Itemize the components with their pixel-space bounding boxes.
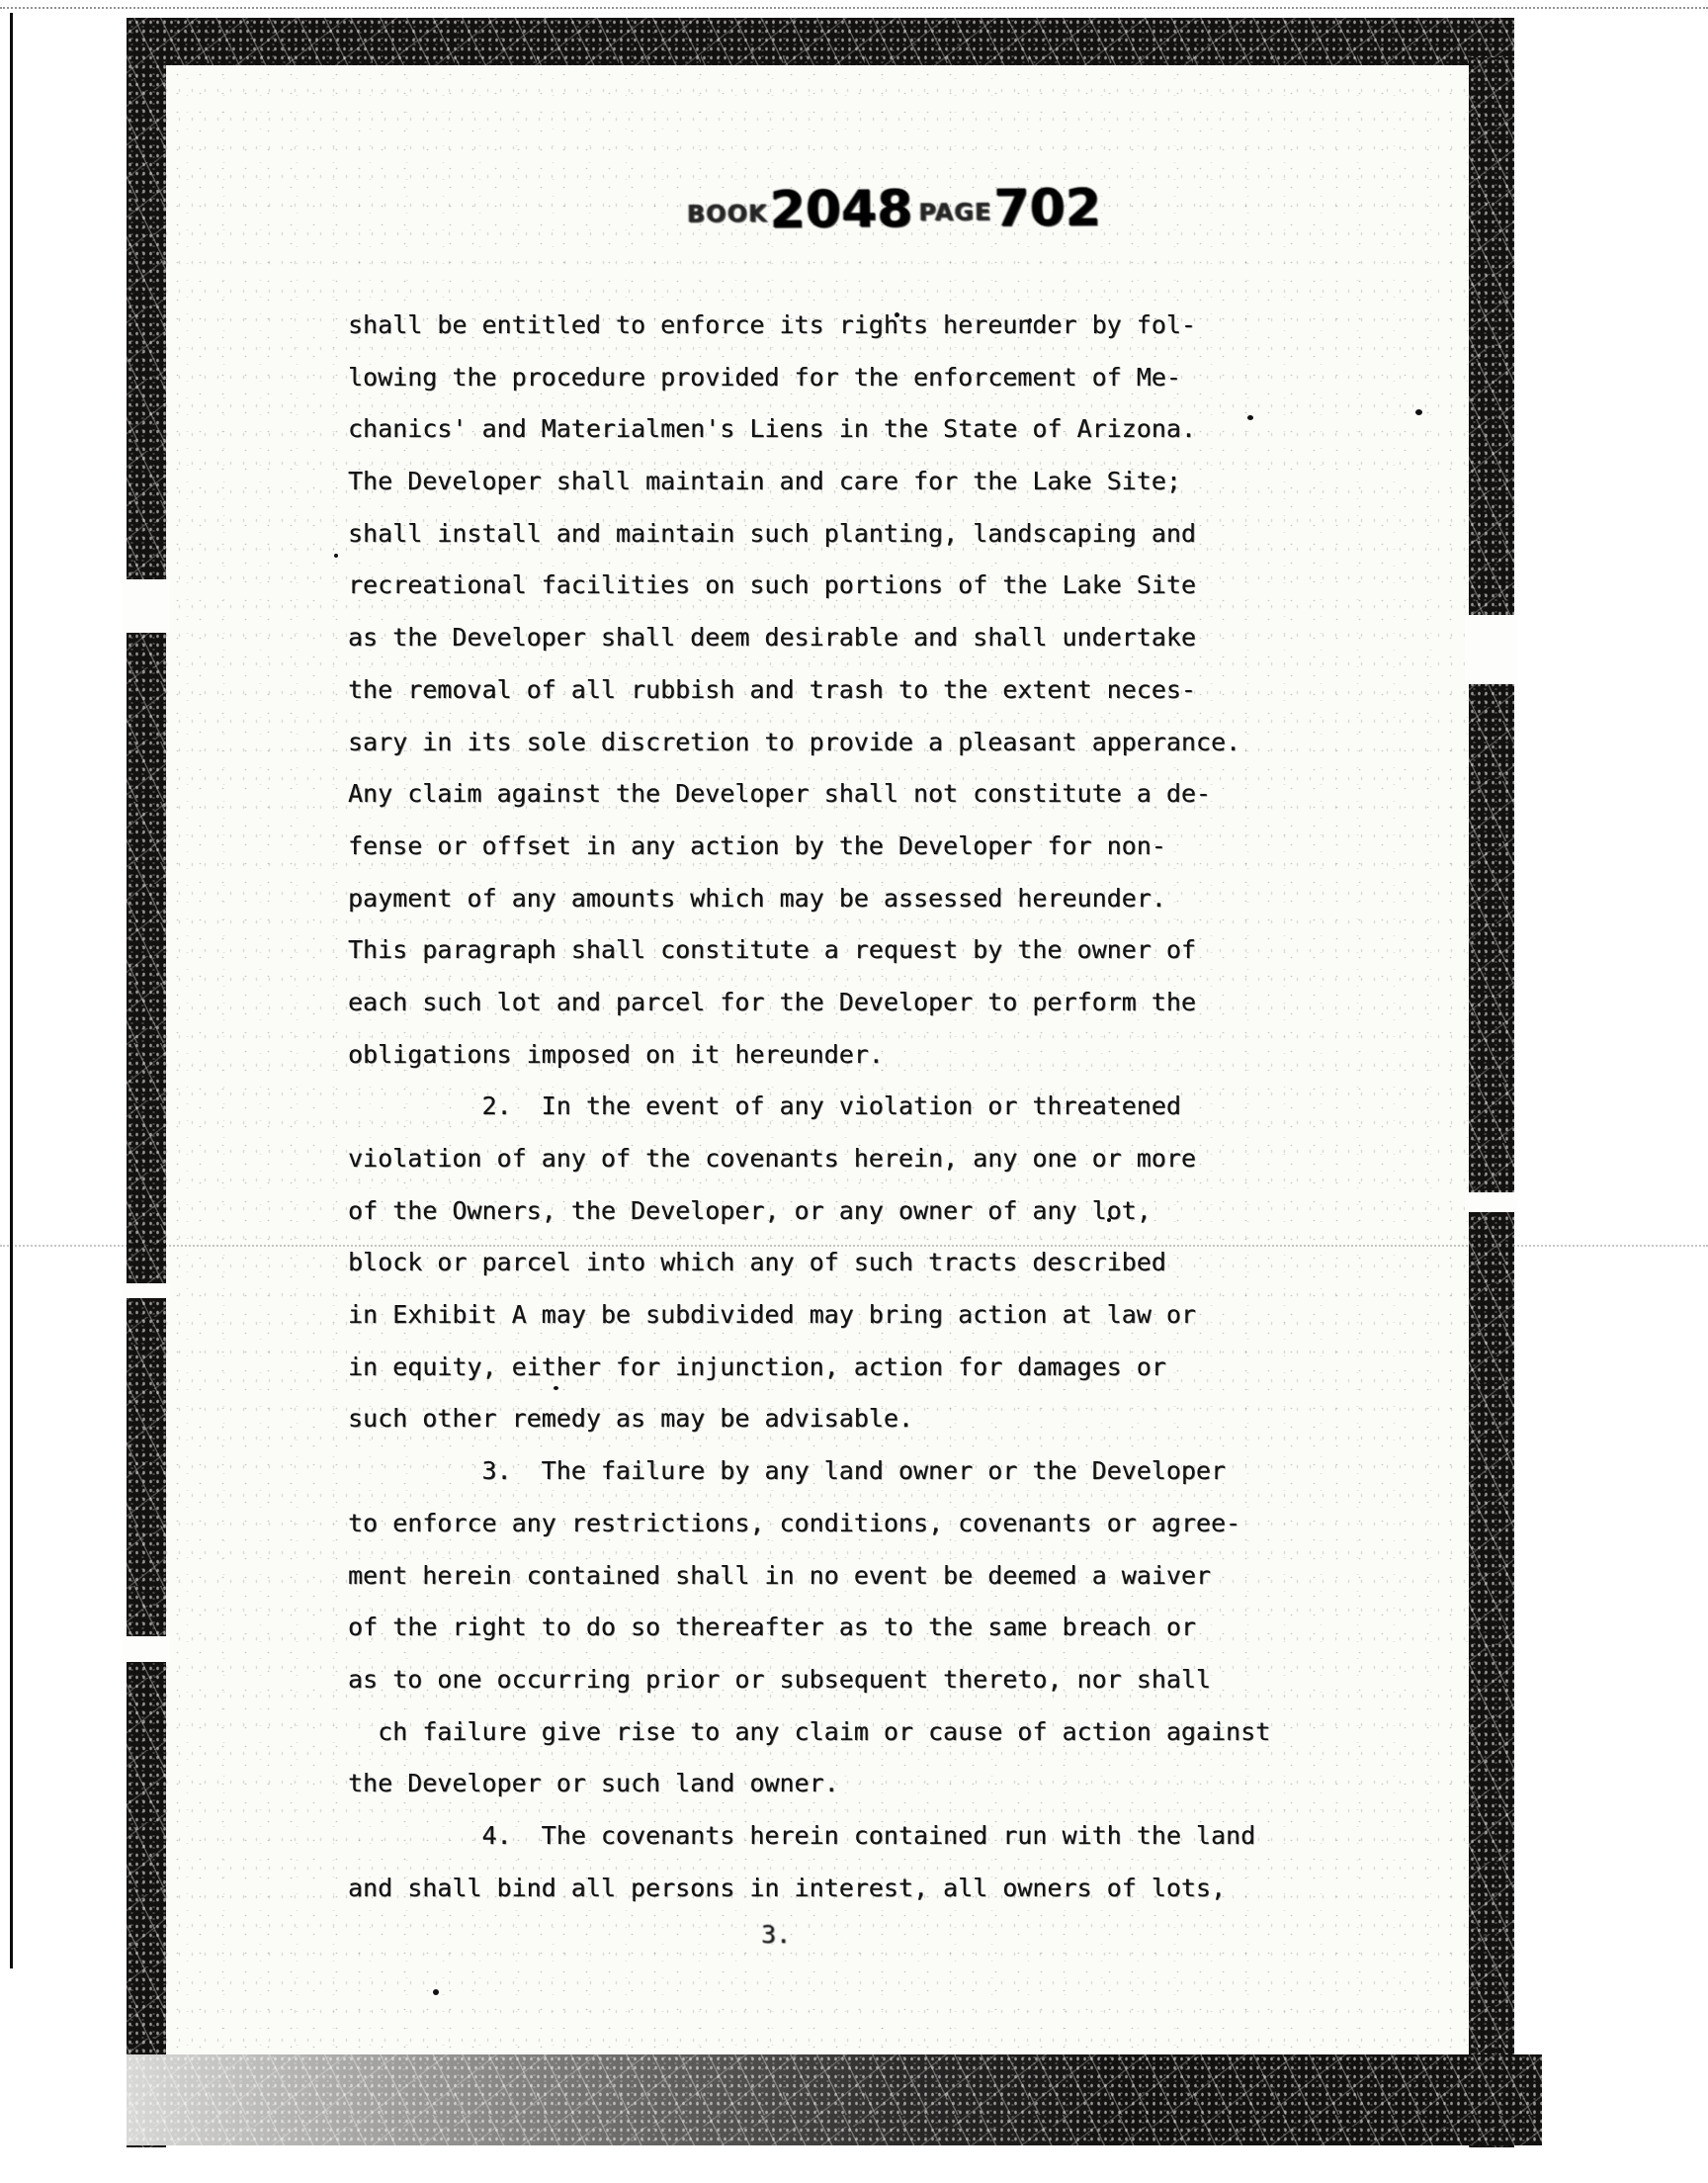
stamp-book-number: 2048 (769, 180, 912, 240)
scan-speck (1247, 415, 1253, 420)
scanned-document-page: BOOK2048PAGE702 shall be entitled to enf… (0, 0, 1708, 2183)
text-line: as to one occurring prior or subsequent … (348, 1654, 1336, 1706)
text-line: in equity, either for injunction, action… (348, 1342, 1336, 1394)
text-line: such other remedy as may be advisable. (348, 1393, 1336, 1445)
text-line: as the Developer shall deem desirable an… (348, 612, 1336, 664)
text-line: violation of any of the covenants herein… (348, 1133, 1336, 1185)
text-line: payment of any amounts which may be asse… (348, 873, 1336, 925)
scan-speck (334, 554, 338, 558)
text-line: 3. The failure by any land owner or the … (348, 1445, 1336, 1498)
scan-speck (554, 1386, 558, 1390)
text-line: The Developer shall maintain and care fo… (348, 456, 1336, 508)
text-line: chanics' and Materialmen's Liens in the … (348, 403, 1336, 456)
text-line: shall install and maintain such planting… (348, 508, 1336, 561)
text-line: ment herein contained shall in no event … (348, 1550, 1336, 1603)
stamp-page-label: PAGE (918, 198, 991, 226)
film-border-gap (123, 579, 170, 633)
footer-page-number: 3. (761, 1920, 791, 1949)
text-line: ch failure give rise to any claim or cau… (348, 1706, 1336, 1759)
film-border-gap (1465, 615, 1518, 684)
text-line: the removal of all rubbish and trash to … (348, 664, 1336, 717)
text-line: shall be entitled to enforce its rights … (348, 300, 1336, 352)
scan-speck (1028, 318, 1032, 323)
scan-artifact-vertical-line (10, 13, 13, 1968)
scan-speck (1415, 409, 1422, 415)
text-line: of the right to do so thereafter as to t… (348, 1602, 1336, 1654)
text-line: lowing the procedure provided for the en… (348, 352, 1336, 404)
text-line: obligations imposed on it hereunder. (348, 1029, 1336, 1082)
document-body: shall be entitled to enforce its rights … (348, 300, 1336, 1914)
film-border-left (127, 18, 166, 2147)
scan-speck (895, 312, 899, 317)
text-line: to enforce any restrictions, conditions,… (348, 1498, 1336, 1550)
text-line: fense or offset in any action by the Dev… (348, 821, 1336, 873)
film-border-gap (123, 1283, 170, 1298)
text-line: 4. The covenants herein contained run wi… (348, 1810, 1336, 1863)
film-border-gap (1465, 1192, 1518, 1212)
film-border-top (127, 18, 1514, 65)
text-line: 2. In the event of any violation or thre… (348, 1081, 1336, 1133)
text-line: of the Owners, the Developer, or any own… (348, 1185, 1336, 1238)
text-line: in Exhibit A may be subdivided may bring… (348, 1289, 1336, 1342)
text-line: block or parcel into which any of such t… (348, 1237, 1336, 1289)
text-line: Any claim against the Developer shall no… (348, 768, 1336, 821)
film-border-bottom (127, 2054, 1542, 2145)
scan-speck (433, 1989, 439, 1995)
scan-speck (1107, 1218, 1111, 1222)
text-line: each such lot and parcel for the Develop… (348, 977, 1336, 1029)
text-line: This paragraph shall constitute a reques… (348, 924, 1336, 977)
stamp-book-label: BOOK (687, 200, 768, 228)
text-line: and shall bind all persons in interest, … (348, 1863, 1336, 1915)
text-line: recreational facilities on such portions… (348, 560, 1336, 612)
book-page-stamp: BOOK2048PAGE702 (687, 179, 1107, 241)
scan-artifact-dotted-line-top (0, 7, 1708, 9)
stamp-page-number: 702 (993, 179, 1101, 239)
film-border-gap (123, 1636, 170, 1662)
film-border-right (1469, 57, 1514, 2147)
text-line: sary in its sole discretion to provide a… (348, 717, 1336, 769)
text-line: the Developer or such land owner. (348, 1758, 1336, 1810)
